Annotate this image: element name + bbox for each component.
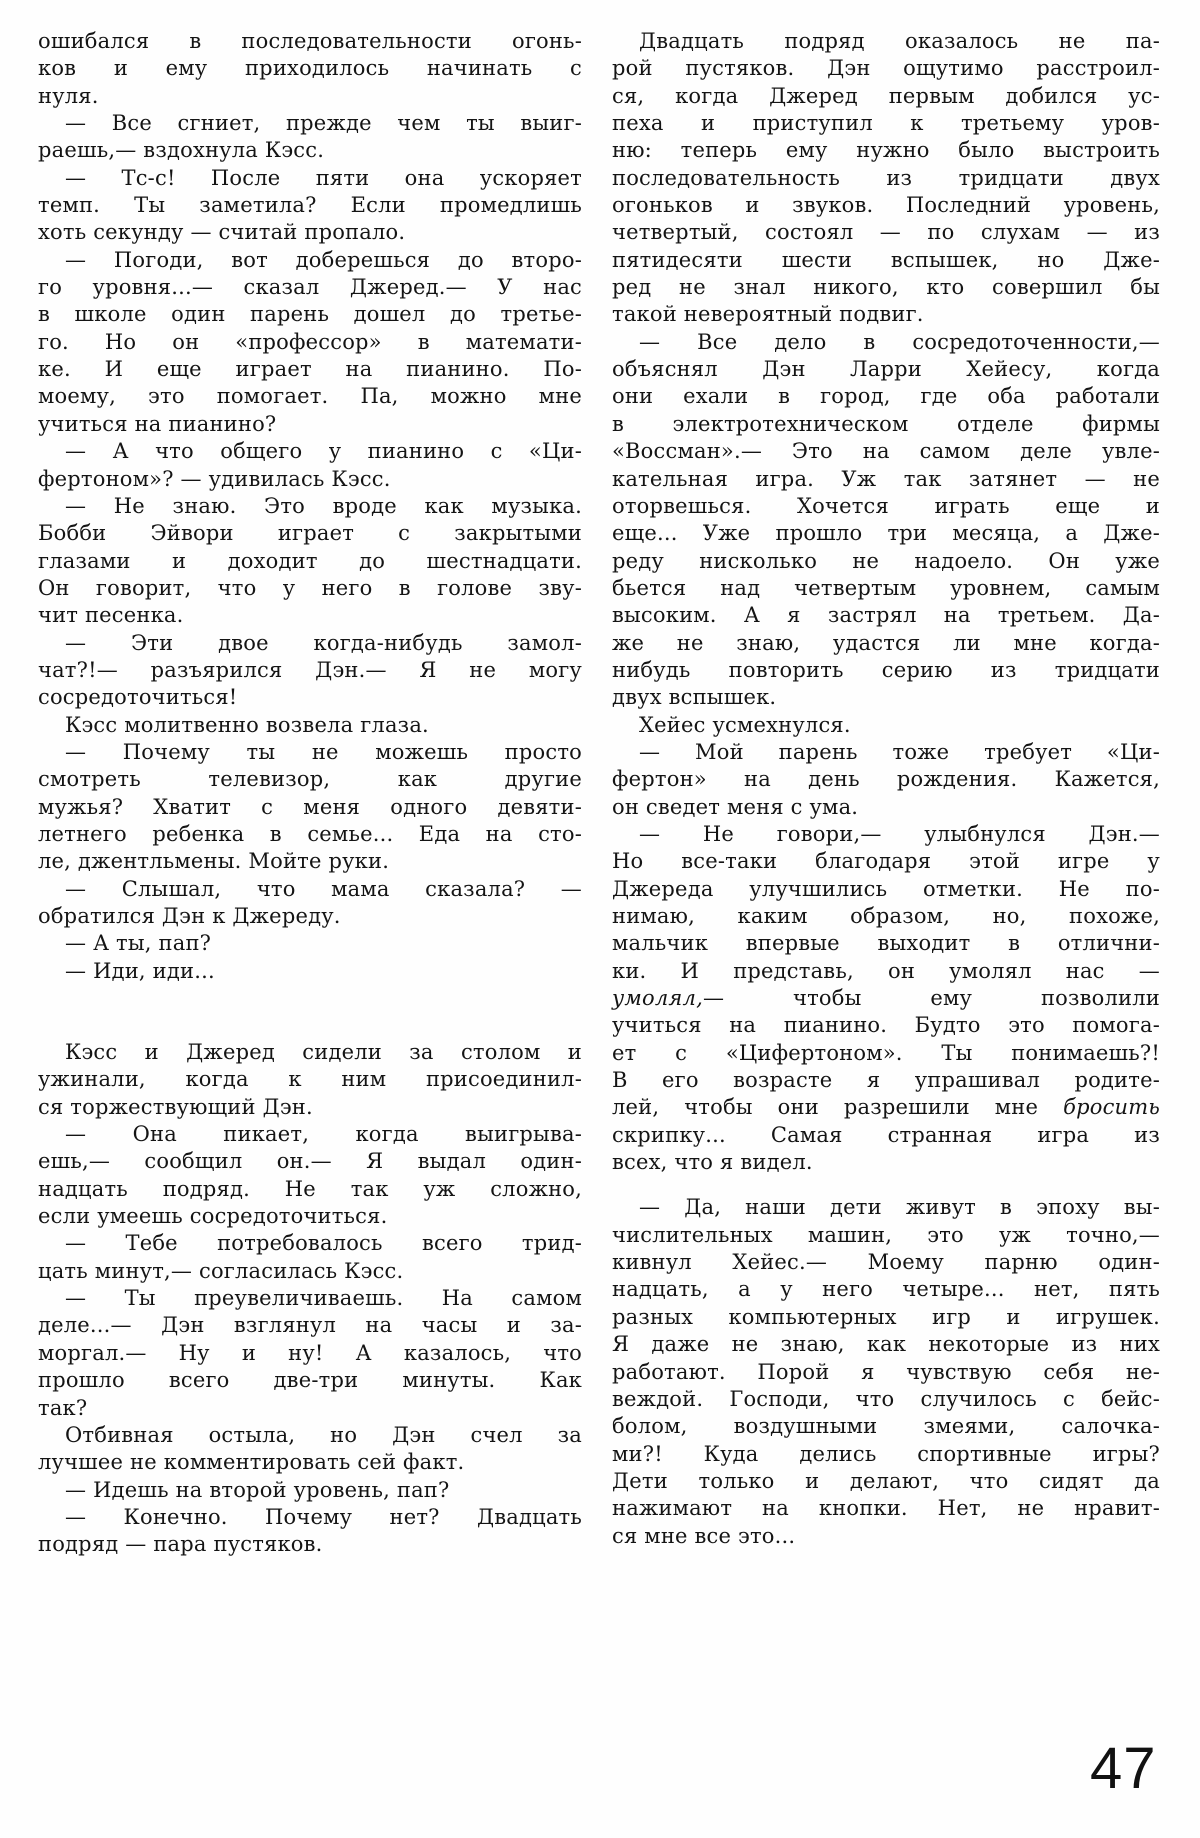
text-line: Хейес усмехнулся. [612,712,1160,739]
paragraph-gap [612,1176,1160,1194]
emphasis-text: бросить [1063,1095,1160,1119]
text-line: фертон» на день рождения. Кажется, [612,766,1160,793]
text-line: если умеешь сосредоточиться. [38,1203,582,1230]
text-line: го уровня...— сказал Джеред.— У нас [38,274,582,301]
text-line: го. Но он «профессор» в математи- [38,329,582,356]
text-line: объяснял Дэн Ларри Хейесу, когда [612,356,1160,383]
text-line: — Не знаю. Это вроде как музыка. [38,493,582,520]
text-line: ет с «Цифертоном». Ты понимаешь?! [612,1040,1160,1067]
text-line: веждой. Господи, что случилось с бейс- [612,1386,1160,1413]
text-line: ки. И представь, он умолял нас — [612,958,1160,985]
text-line: — А что общего у пианино с «Ци- [38,438,582,465]
left-column: ошибался в последовательности огонь-ков … [38,28,582,1559]
text-line: «Воссман».— Это на самом деле увле- [612,438,1160,465]
text-line: — Слышал, что мама сказала? — [38,876,582,903]
line-text: — чтобы ему позволили [703,986,1160,1010]
text-line: мальчик впервые выходит в отлични- [612,930,1160,957]
text-line: учиться на пианино? [38,411,582,438]
text-line: — Мой парень тоже требует «Ци- [612,739,1160,766]
text-line: последовательность из тридцати двух [612,165,1160,192]
text-line: Я даже не знаю, как некоторые из них [612,1331,1160,1358]
text-line: Кэсс и Джеред сидели за столом и [38,1039,582,1066]
text-line: Кэсс молитвенно возвела глаза. [38,712,582,739]
text-line: четвертый, состоял — по слухам — из [612,219,1160,246]
text-line: — Конечно. Почему нет? Двадцать [38,1504,582,1531]
text-line: Двадцать подряд оказалось не па- [612,28,1160,55]
text-line: сосредоточиться! [38,684,582,711]
text-line: летнего ребенка в семье... Еда на сто- [38,821,582,848]
text-line: ми?! Куда делись спортивные игры? [612,1441,1160,1468]
text-line: Но все-таки благодаря этой игре у [612,848,1160,875]
text-line: он сведет меня с ума. [612,794,1160,821]
text-line-italic: лей, чтобы они разрешили мне бросить [612,1094,1160,1121]
text-line: прошло всего две-три минуты. Как [38,1367,582,1394]
text-line: ошибался в последовательности огонь- [38,28,582,55]
book-page: ошибался в последовательности огонь-ков … [0,0,1200,1838]
section-break [38,985,582,1039]
text-line: болом, воздушными змеями, салочка- [612,1413,1160,1440]
text-line: ешь,— сообщил он.— Я выдал один- [38,1148,582,1175]
text-line: — Да, наши дети живут в эпоху вы- [612,1194,1160,1221]
text-line: Джереда улучшились отметки. Не по- [612,876,1160,903]
right-block-3: скрипку... Самая странная игра извсех, ч… [612,1122,1160,1177]
text-line: пеха и приступил к третьему уров- [612,110,1160,137]
text-line: кательная игра. Уж так затянет — не [612,466,1160,493]
text-line: В его возрасте я упрашивал родите- [612,1067,1160,1094]
text-line: — А ты, пап? [38,930,582,957]
text-line: нибудь повторить серию из тридцати [612,657,1160,684]
text-line: обратился Дэн к Джереду. [38,903,582,930]
text-line: учиться на пианино. Будто это помога- [612,1012,1160,1039]
text-line: мужья? Хватит с меня одного девяти- [38,794,582,821]
text-line: разных компьютерных игр и игрушек. [612,1304,1160,1331]
text-line-italic: умолял,— чтобы ему позволили [612,985,1160,1012]
text-line: моему, это помогает. Па, можно мне [38,383,582,410]
text-line: ке. И еще играет на пианино. По- [38,356,582,383]
text-line: двух вспышек. [612,684,1160,711]
line-text: лей, чтобы они разрешили мне [612,1095,1063,1119]
text-line: — Ты преувеличиваешь. На самом [38,1285,582,1312]
text-line: хоть секунду — считай пропало. [38,219,582,246]
text-line: ся мне все это... [612,1523,1160,1550]
text-line: деле...— Дэн взглянул на часы и за- [38,1312,582,1339]
text-line: в электротехническом отделе фирмы [612,411,1160,438]
emphasis-text: умолял, [612,986,703,1010]
text-line: — Все сгниет, прежде чем ты выиг- [38,110,582,137]
text-line: — Иди, иди... [38,958,582,985]
text-line: Бобби Эйвори играет с закрытыми [38,520,582,547]
text-line: раешь,— вздохнула Кэсс. [38,137,582,164]
text-line: реду нисколько не надоело. Он уже [612,548,1160,575]
text-line: скрипку... Самая странная игра из [612,1122,1160,1149]
text-line: ся, когда Джеред первым добился ус- [612,83,1160,110]
left-block-1: ошибался в последовательности огонь-ков … [38,28,582,985]
text-line: пятидесяти шести вспышек, но Дже- [612,247,1160,274]
text-line: фертоном»? — удивилась Кэсс. [38,466,582,493]
text-line: чат?!— разъярился Дэн.— Я не могу [38,657,582,684]
text-line: же не знаю, удастся ли мне когда- [612,630,1160,657]
text-line: бьется над четвертым уровнем, самым [612,575,1160,602]
text-line: — Все дело в сосредоточенности,— [612,329,1160,356]
text-line: Он говорит, что у него в голове зву- [38,575,582,602]
text-line: — Идешь на второй уровень, пап? [38,1477,582,1504]
text-line: огоньков и звуков. Последний уровень, [612,192,1160,219]
text-line: рой пустяков. Дэн ощутимо расстроил- [612,55,1160,82]
page-number: 47 [1090,1735,1157,1802]
text-line: лучшее не комментировать сей факт. [38,1449,582,1476]
text-line: числительных машин, это уж точно,— [612,1222,1160,1249]
text-line: еще... Уже прошло три месяца, а Дже- [612,520,1160,547]
text-line: ся торжествующий Дэн. [38,1094,582,1121]
text-line: надцать подряд. Не так уж сложно, [38,1176,582,1203]
text-line: — Тс-с! После пяти она ускоряет [38,165,582,192]
text-line: высоким. А я застрял на третьем. Да- [612,602,1160,629]
text-line: работают. Порой я чувствую себя не- [612,1359,1160,1386]
text-line: — Тебе потребовалось всего трид- [38,1230,582,1257]
text-line: всех, что я видел. [612,1149,1160,1176]
right-block-4: — Да, наши дети живут в эпоху вы-числите… [612,1194,1160,1549]
text-line: ред не знал никого, кто совершил бы [612,274,1160,301]
text-line: нуля. [38,83,582,110]
text-line: чит песенка. [38,602,582,629]
text-line: ню: теперь ему нужно было выстроить [612,137,1160,164]
right-column: Двадцать подряд оказалось не па-рой пуст… [612,28,1160,1550]
text-line: — Погоди, вот доберешься до второ- [38,247,582,274]
text-line: глазами и доходит до шестнадцати. [38,548,582,575]
left-block-2: Кэсс и Джеред сидели за столом иужинали,… [38,1039,582,1559]
text-line: ков и ему приходилось начинать с [38,55,582,82]
text-line: оторвешься. Хочется играть еще и [612,493,1160,520]
right-block-1: Двадцать подряд оказалось не па-рой пуст… [612,28,1160,985]
text-line: смотреть телевизор, как другие [38,766,582,793]
text-line: Отбивная остыла, но Дэн счел за [38,1422,582,1449]
text-line: такой невероятный подвиг. [612,301,1160,328]
text-line: надцать, а у него четыре... нет, пять [612,1276,1160,1303]
text-line: подряд — пара пустяков. [38,1531,582,1558]
text-line: — Эти двое когда-нибудь замол- [38,630,582,657]
text-line: цать минут,— согласилась Кэсс. [38,1258,582,1285]
text-line: — Не говори,— улыбнулся Дэн.— [612,821,1160,848]
text-line: — Она пикает, когда выигрыва- [38,1121,582,1148]
text-line: ужинали, когда к ним присоединил- [38,1066,582,1093]
text-line: Дети только и делают, что сидят да [612,1468,1160,1495]
text-line: нажимают на кнопки. Нет, не нравит- [612,1495,1160,1522]
text-line: темп. Ты заметила? Если промедлишь [38,192,582,219]
text-line: кивнул Хейес.— Моему парню один- [612,1249,1160,1276]
text-line: так? [38,1395,582,1422]
right-block-2: учиться на пианино. Будто это помога-ет … [612,1012,1160,1094]
text-line: моргал.— Ну и ну! А казалось, что [38,1340,582,1367]
text-line: они ехали в город, где оба работали [612,383,1160,410]
text-line: нимаю, каким образом, но, похоже, [612,903,1160,930]
text-line: в школе один парень дошел до третье- [38,301,582,328]
text-line: ле, джентльмены. Мойте руки. [38,848,582,875]
text-line: — Почему ты не можешь просто [38,739,582,766]
